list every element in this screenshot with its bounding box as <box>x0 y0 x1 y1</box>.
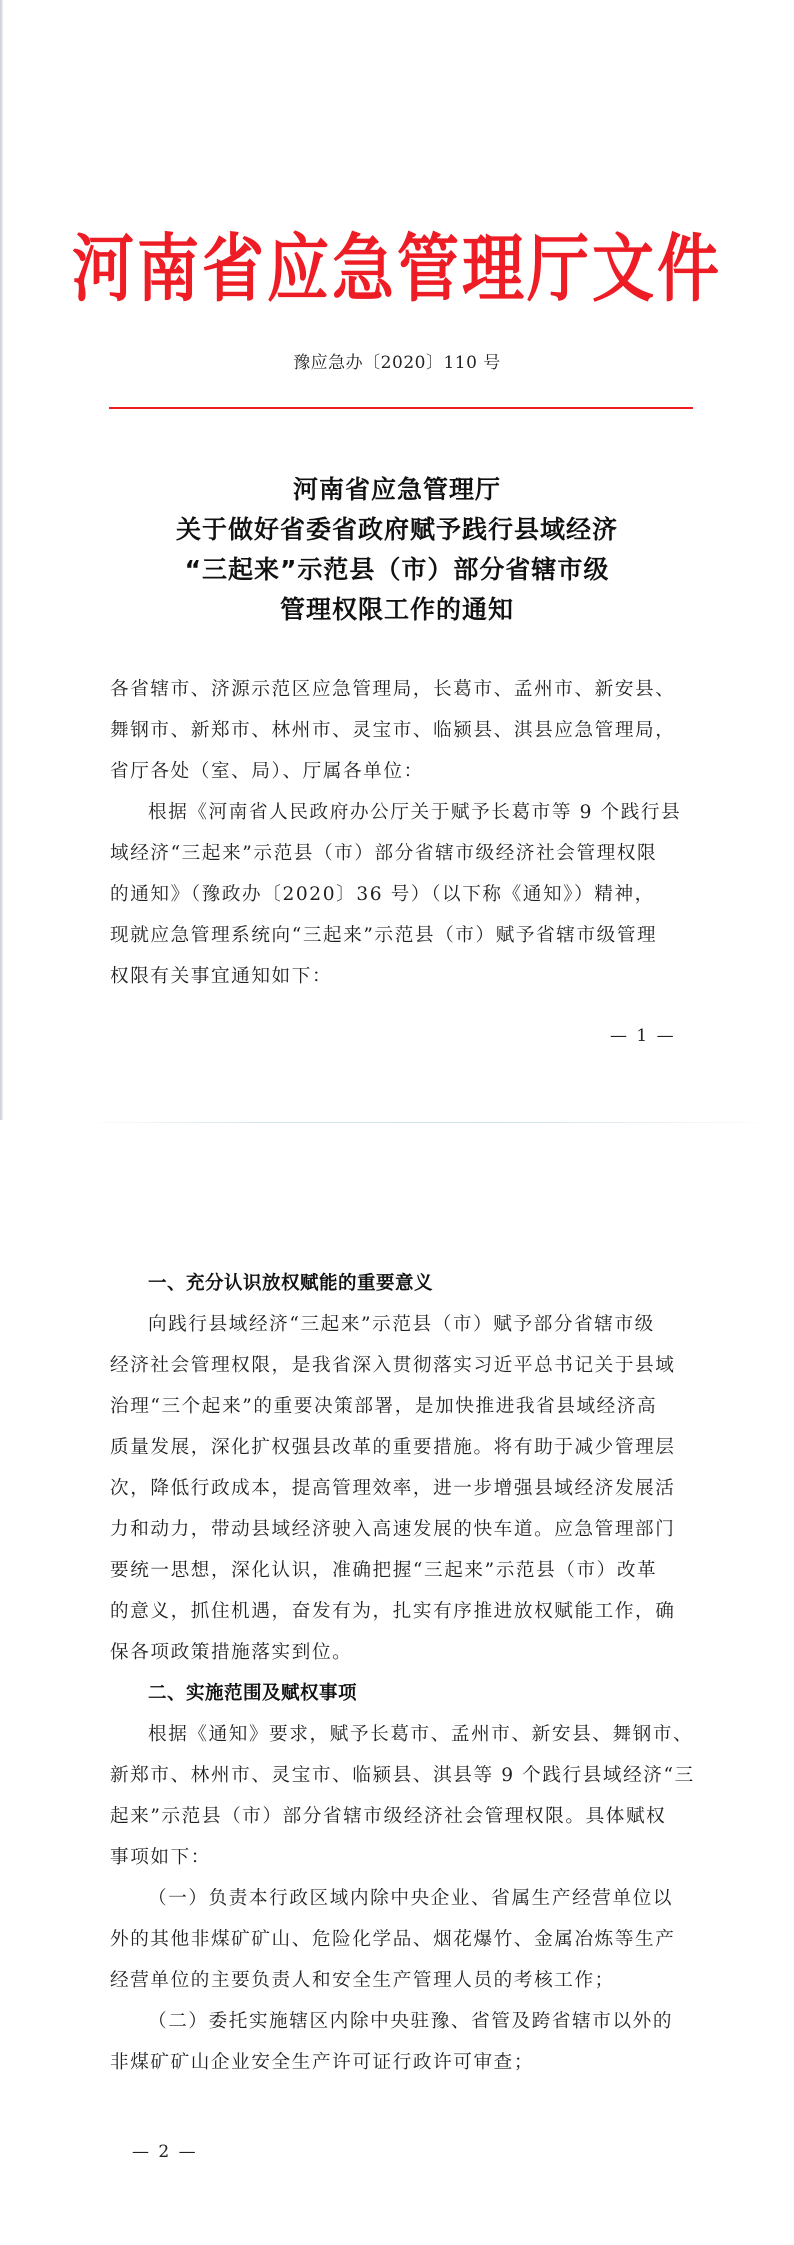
section-1-heading: 一、充分认识放权赋能的重要意义 <box>110 1263 690 1304</box>
item-1-line: 外的其他非煤矿矿山、危险化学品、烟花爆竹、金属冶炼等生产 <box>110 1919 690 1960</box>
paragraph-line: 域经济“三起来”示范县（市）部分省辖市级经济社会管理权限 <box>110 833 690 874</box>
notice-title-line: 河南省应急管理厅 <box>0 470 794 510</box>
paragraph-line: 经济社会管理权限，是我省深入贯彻落实习近平总书记关于县域 <box>110 1345 690 1386</box>
notice-title-line: 管理权限工作的通知 <box>0 590 794 630</box>
paragraph-line: 现就应急管理系统向“三起来”示范县（市）赋予省辖市级管理 <box>110 915 690 956</box>
paragraph-line: 事项如下： <box>110 1837 690 1878</box>
addressee-line: 各省辖市、济源示范区应急管理局，长葛市、孟州市、新安县、 <box>110 669 690 710</box>
section-1: 一、充分认识放权赋能的重要意义 向践行县域经济“三起来”示范县（市）赋予部分省辖… <box>110 1263 690 1673</box>
addressee-line: 舞钢市、新郑市、林州市、灵宝市、临颍县、淇县应急管理局， <box>110 710 690 751</box>
item-2-line: （二）委托实施辖区内除中央驻豫、省管及跨省辖市以外的 <box>110 2001 690 2042</box>
intro-paragraph: 根据《河南省人民政府办公厅关于赋予长葛市等 9 个践行县 域经济“三起来”示范县… <box>110 792 690 997</box>
addressees: 各省辖市、济源示范区应急管理局，长葛市、孟州市、新安县、 舞钢市、新郑市、林州市… <box>110 669 690 792</box>
item-2-line: 非煤矿矿山企业安全生产许可证行政许可审查； <box>110 2042 690 2083</box>
section-2-heading: 二、实施范围及赋权事项 <box>110 1673 690 1714</box>
paragraph-line: 质量发展，深化扩权强县改革的重要措施。将有助于减少管理层 <box>110 1427 690 1468</box>
paragraph-line: 根据《河南省人民政府办公厅关于赋予长葛市等 9 个践行县 <box>110 792 690 833</box>
page-1: 河南省应急管理厅文件 豫应急办〔2020〕110 号 河南省应急管理厅 关于做好… <box>0 0 794 1123</box>
notice-title: 河南省应急管理厅 关于做好省委省政府赋予践行县域经济 “三起来”示范县（市）部分… <box>0 470 794 630</box>
item-1-line: （一）负责本行政区域内除中央企业、省属生产经营单位以 <box>110 1878 690 1919</box>
page-number-1: — 1 — <box>610 1026 676 1046</box>
addressee-line: 省厅各处（室、局）、厅属各单位： <box>110 751 690 792</box>
paragraph-line: 的通知》（豫政办〔2020〕36 号）（以下称《通知》）精神， <box>110 874 690 915</box>
paragraph-line: 根据《通知》要求，赋予长葛市、孟州市、新安县、舞钢市、 <box>110 1714 690 1755</box>
paragraph-line: 向践行县域经济“三起来”示范县（市）赋予部分省辖市级 <box>110 1304 690 1345</box>
notice-title-line: “三起来”示范县（市）部分省辖市级 <box>0 550 794 590</box>
page-number-2: — 2 — <box>132 2142 198 2162</box>
paragraph-line: 力和动力，带动县域经济驶入高速发展的快车道。应急管理部门 <box>110 1509 690 1550</box>
paragraph-line: 要统一思想，深化认识，准确把握“三起来”示范县（市）改革 <box>110 1550 690 1591</box>
notice-title-line: 关于做好省委省政府赋予践行县域经济 <box>0 510 794 550</box>
red-header-rule <box>109 407 693 409</box>
paragraph-line: 权限有关事宜通知如下： <box>110 956 690 997</box>
paragraph-line: 治理“三个起来”的重要决策部署，是加快推进我省县域经济高 <box>110 1386 690 1427</box>
paragraph-line: 次，降低行政成本，提高管理效率，进一步增强县域经济发展活 <box>110 1468 690 1509</box>
paragraph-line: 起来”示范县（市）部分省辖市级经济社会管理权限。具体赋权 <box>110 1796 690 1837</box>
section-2: 二、实施范围及赋权事项 根据《通知》要求，赋予长葛市、孟州市、新安县、舞钢市、 … <box>110 1673 690 2083</box>
paragraph-line: 新郑市、林州市、灵宝市、临颍县、淇县等 9 个践行县域经济“三 <box>110 1755 690 1796</box>
paragraph-line: 保各项政策措施落实到位。 <box>110 1632 690 1673</box>
document-number: 豫应急办〔2020〕110 号 <box>0 348 794 373</box>
paragraph-line: 的意义，抓住机遇，奋发有为，扎实有序推进放权赋能工作，确 <box>110 1591 690 1632</box>
document-header-title: 河南省应急管理厅文件 <box>0 222 794 316</box>
item-1-line: 经营单位的主要负责人和安全生产管理人员的考核工作； <box>110 1960 690 2001</box>
